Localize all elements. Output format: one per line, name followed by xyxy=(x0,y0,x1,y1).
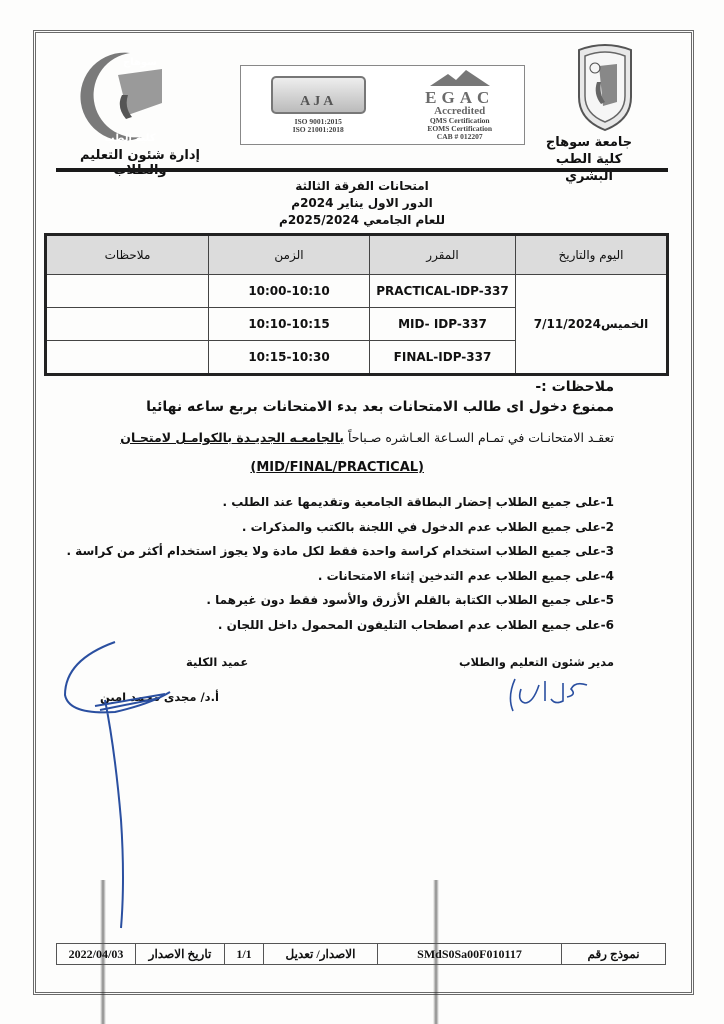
faculty-logo: سوهاج كلية الطب xyxy=(70,45,180,145)
header-course: المقرر xyxy=(370,235,516,275)
exam-types-note: (MID/FINAL/PRACTICAL) xyxy=(54,460,614,475)
title-line-2: الدور الاول يناير 2024م xyxy=(0,195,724,212)
rule-item: 5-على جميع الطلاب الكتابة بالقلم الأزرق … xyxy=(54,588,614,613)
header-divider xyxy=(56,168,668,172)
form-number: SMdS0Sa00F010117 xyxy=(378,944,562,965)
egac-line: CAB # 012207 xyxy=(427,133,492,141)
day-date-cell: الخميس7/11/2024 xyxy=(516,275,668,375)
header-time: الزمن xyxy=(209,235,370,275)
notes-cell xyxy=(46,308,209,341)
time-cell: 10:00-10:10 xyxy=(209,275,370,308)
table-header-row: اليوم والتاريخ المقرر الزمن ملاحظات xyxy=(46,235,668,275)
rule-item: 4-على جميع الطلاب عدم التدخين إثناء الام… xyxy=(54,564,614,589)
notes-heading: ملاحظات :- xyxy=(54,378,614,396)
notes-cell xyxy=(46,275,209,308)
exam-types-text: (MID/FINAL/PRACTICAL) xyxy=(250,460,424,475)
title-line-1: امتحانات الفرقة الثالثة xyxy=(0,178,724,195)
location-note-text: تعقـد الامتحانـات في تمـام السـاعة العـا… xyxy=(344,430,614,445)
form-number-label: نموذج رقم xyxy=(562,944,666,965)
university-crest-logo xyxy=(573,42,637,132)
course-cell: MID- IDP-337 xyxy=(370,308,516,341)
table-row: الخميس7/11/2024 PRACTICAL-IDP-337 10:00-… xyxy=(46,275,668,308)
location-note: تعقـد الامتحانـات في تمـام السـاعة العـا… xyxy=(54,428,614,448)
university-label: جامعة سوهاج xyxy=(534,134,644,151)
exam-schedule-table: اليوم والتاريخ المقرر الزمن ملاحظات الخم… xyxy=(44,233,669,376)
aja-logo: AJA ISO 9001:2015 ISO 21001:2018 xyxy=(271,76,366,134)
exam-titles: امتحانات الفرقة الثالثة الدور الاول يناي… xyxy=(0,178,724,229)
logo-text-bottom: كلية الطب xyxy=(104,133,155,144)
aja-line: ISO 21001:2018 xyxy=(293,126,344,134)
course-cell: PRACTICAL-IDP-337 xyxy=(370,275,516,308)
late-entry-note: ممنوع دخول اى طالب الامتحانات بعد بدء ال… xyxy=(54,396,614,418)
header-day-date: اليوم والتاريخ xyxy=(516,235,668,275)
rule-item: 6-على جميع الطلاب عدم اصطحاب التليفون ال… xyxy=(54,613,614,638)
edition-value: 1/1 xyxy=(225,944,264,965)
dean-title: عميد الكلية xyxy=(186,655,248,669)
document-footer-table: نموذج رقم SMdS0Sa00F010117 الاصدار/ تعدي… xyxy=(56,943,666,965)
issue-date: 2022/04/03 xyxy=(57,944,136,965)
egac-logo: EGAC Accredited QMS Certification EOMS C… xyxy=(425,70,494,141)
rule-item: 2-على جميع الطلاب عدم الدخول في اللجنة ب… xyxy=(54,515,614,540)
title-line-3: للعام الجامعي 2025/2024م xyxy=(0,212,724,229)
aja-mark: AJA xyxy=(271,76,366,114)
dean-name: أ.د/ مجدى محمد امين xyxy=(100,690,219,704)
rule-item: 1-على جميع الطلاب إحضار البطاقة الجامعية… xyxy=(54,490,614,515)
rules-list: 1-على جميع الطلاب إحضار البطاقة الجامعية… xyxy=(54,490,614,637)
course-cell: FINAL-IDP-337 xyxy=(370,341,516,375)
header-notes: ملاحظات xyxy=(46,235,209,275)
notes-section: ملاحظات :- ممنوع دخول اى طالب الامتحانات… xyxy=(54,378,614,475)
logo-text-top: سوهاج xyxy=(123,57,157,68)
notes-cell xyxy=(46,341,209,375)
edition-label: الاصدار/ تعديل xyxy=(264,944,378,965)
rule-item: 3-على جميع الطلاب استخدام كراسة واحدة فق… xyxy=(54,539,614,564)
student-affairs-director-title: مدير شئون التعليم والطلاب xyxy=(459,655,614,669)
egac-accredited: Accredited xyxy=(434,105,485,117)
footer-row: نموذج رقم SMdS0Sa00F010117 الاصدار/ تعدي… xyxy=(57,944,666,965)
location-note-underlined: بالجامعـه الجديـدة بالكوامـل لامتحـان xyxy=(120,430,344,445)
department-name: إدارة شئون التعليم والطلاب xyxy=(60,148,220,178)
accreditation-box: AJA ISO 9001:2015 ISO 21001:2018 EGAC Ac… xyxy=(240,65,525,145)
time-cell: 10:10-10:15 xyxy=(209,308,370,341)
time-cell: 10:15-10:30 xyxy=(209,341,370,375)
mountain-icon xyxy=(430,70,490,86)
issue-date-label: تاريخ الاصدار xyxy=(136,944,225,965)
